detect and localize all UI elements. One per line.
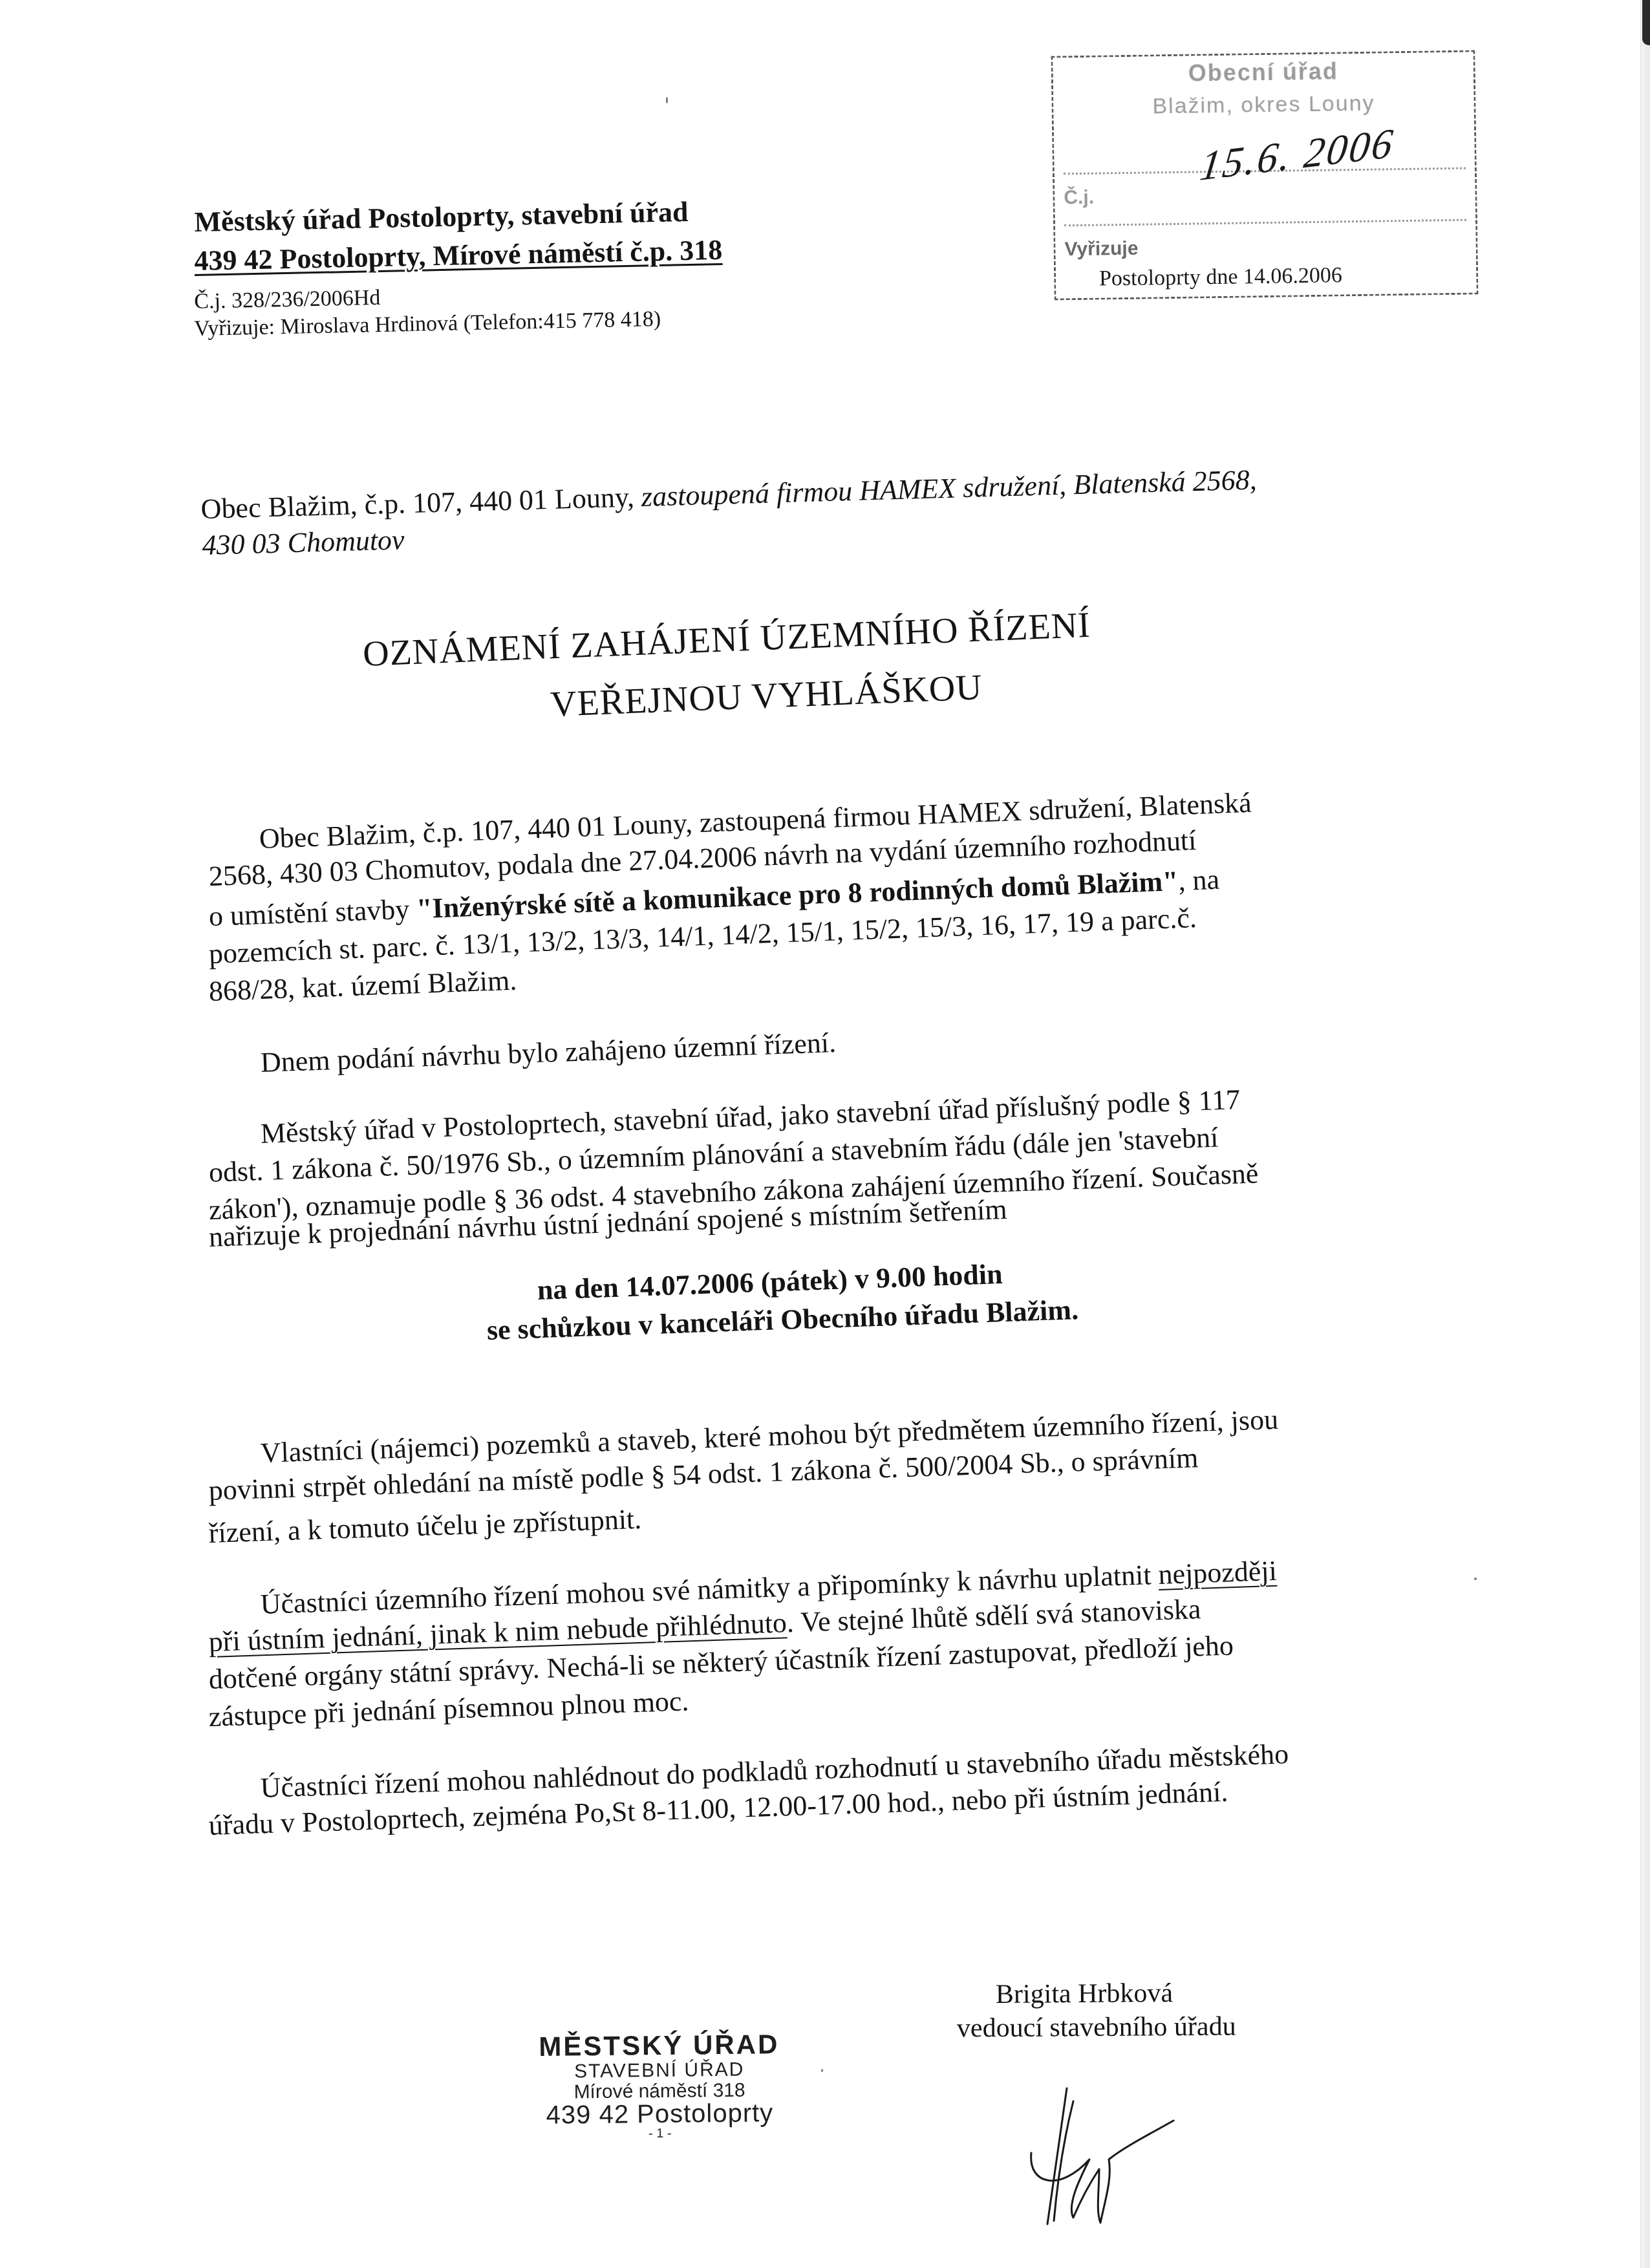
stamp-ref-row: [1064, 180, 1466, 227]
stamp-office: Obecní úřad: [1053, 56, 1474, 89]
handwritten-received-date: 15.6. 2006: [1197, 119, 1397, 191]
scan-artifact: [821, 2069, 823, 2072]
addressee-representative: zastoupená firmou HAMEX sdružení, Blaten…: [641, 464, 1257, 513]
issue-place-date: Postoloprty dne 14.06.2006: [1099, 263, 1342, 291]
document-title: OZNÁMENÍ ZAHÁJENÍ ÚZEMNÍHO ŘÍZENÍ: [362, 604, 1091, 675]
signatory-role: vedoucí stavebního úřadu: [957, 2011, 1236, 2044]
sender-office: Městský úřad Postoloprty, stavební úřad: [194, 195, 689, 239]
stamp-handled-label: Vyřizuje: [1064, 238, 1138, 261]
office-stamp: MĚSTSKÝ ÚŘAD STAVEBNÍ ÚŘAD Mírové náměst…: [491, 2028, 828, 2143]
stamp-ref-label: Č.j.: [1064, 187, 1094, 209]
text-fragment: o umístění stavby: [208, 893, 417, 932]
text-fragment: , na: [1178, 864, 1220, 897]
scan-page-edge: [1640, 0, 1650, 2268]
received-stamp: Obecní úřad Blažim, okres Louny Č.j. Vyř…: [1051, 50, 1478, 300]
scan-artifact: [1474, 1578, 1477, 1580]
scan-artifact: [666, 97, 668, 103]
signatory-name: Brigita Hrbková: [996, 1978, 1173, 2010]
stamp-town: Blažim, okres Louny: [1053, 89, 1473, 120]
addressee-line-2: 430 03 Chomutov: [202, 523, 405, 562]
text-line: řízení, a k tomuto účelu je zpřístupnit.: [208, 1503, 642, 1550]
text-line: 868/28, kat. území Blažim.: [208, 964, 517, 1008]
document-subtitle: VEŘEJNOU VYHLÁŠKOU: [550, 667, 983, 725]
reference-number: Č.j. 328/236/2006Hd: [194, 286, 381, 314]
addressee-line-1: Obec Blažim, č.p. 107, 440 01 Louny, zas…: [200, 463, 1257, 526]
page-number: - 1 -: [492, 2124, 828, 2143]
handwritten-signature: [1028, 2082, 1183, 2237]
sender-address: 439 42 Postoloprty, Mírové náměstí č.p. …: [194, 233, 723, 277]
addressee-name: Obec Blažim, č.p. 107, 440 01 Louny,: [200, 481, 642, 525]
office-stamp-title: MĚSTSKÝ ÚŘAD: [491, 2028, 827, 2062]
paragraph-commenced: Dnem podání návrhu bylo zahájeno územní …: [260, 1026, 837, 1079]
deadline-emphasis: nejpozději: [1158, 1555, 1278, 1590]
